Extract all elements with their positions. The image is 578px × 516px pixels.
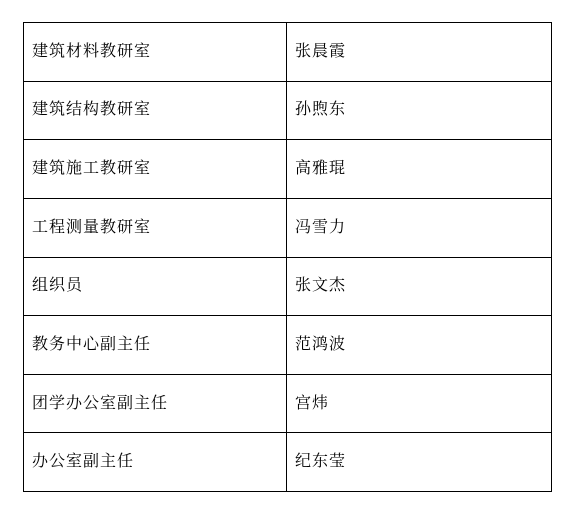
table-row: 工程测量教研室 冯雪力 bbox=[24, 198, 552, 257]
name-cell: 高雅琨 bbox=[287, 140, 552, 199]
name-cell: 张晨霞 bbox=[287, 23, 552, 82]
table-row: 建筑施工教研室 高雅琨 bbox=[24, 140, 552, 199]
position-cell: 办公室副主任 bbox=[24, 433, 287, 492]
staff-table: 建筑材料教研室 张晨霞 建筑结构教研室 孙煦东 建筑施工教研室 高雅琨 工程测量… bbox=[23, 22, 552, 492]
position-cell: 建筑施工教研室 bbox=[24, 140, 287, 199]
table-row: 建筑材料教研室 张晨霞 bbox=[24, 23, 552, 82]
table-row: 教务中心副主任 范鸿波 bbox=[24, 316, 552, 375]
table-row: 团学办公室副主任 宫炜 bbox=[24, 374, 552, 433]
table-row: 办公室副主任 纪东莹 bbox=[24, 433, 552, 492]
name-cell: 范鸿波 bbox=[287, 316, 552, 375]
position-cell: 组织员 bbox=[24, 257, 287, 316]
position-cell: 工程测量教研室 bbox=[24, 198, 287, 257]
table-row: 建筑结构教研室 孙煦东 bbox=[24, 81, 552, 140]
name-cell: 宫炜 bbox=[287, 374, 552, 433]
table-row: 组织员 张文杰 bbox=[24, 257, 552, 316]
position-cell: 建筑结构教研室 bbox=[24, 81, 287, 140]
name-cell: 纪东莹 bbox=[287, 433, 552, 492]
position-cell: 团学办公室副主任 bbox=[24, 374, 287, 433]
position-cell: 教务中心副主任 bbox=[24, 316, 287, 375]
position-cell: 建筑材料教研室 bbox=[24, 23, 287, 82]
name-cell: 孙煦东 bbox=[287, 81, 552, 140]
name-cell: 张文杰 bbox=[287, 257, 552, 316]
name-cell: 冯雪力 bbox=[287, 198, 552, 257]
